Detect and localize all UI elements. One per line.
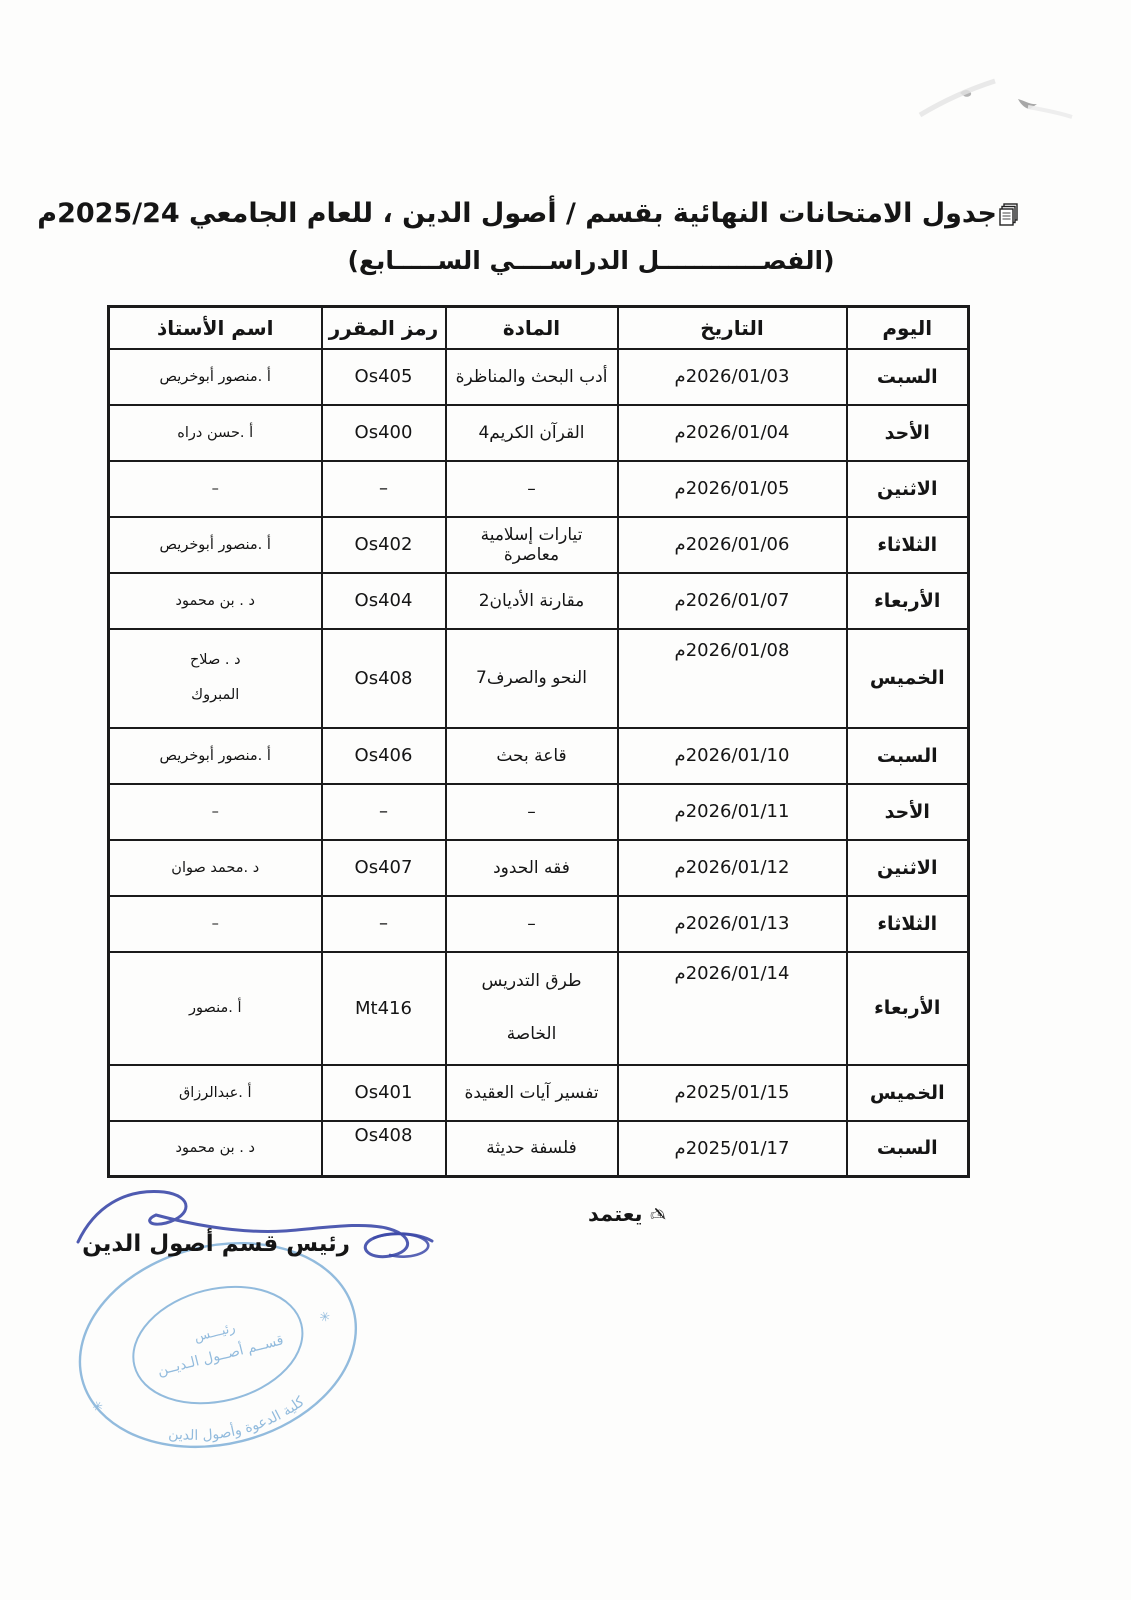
- teacher-cell: أ .عبدالرزاق: [109, 1065, 322, 1121]
- date-cell: 2026/01/12م: [618, 840, 847, 896]
- table-row: الاثنين 2026/01/05م – – –: [109, 461, 969, 517]
- subject-cell: –: [446, 461, 618, 517]
- day-cell: السبت: [847, 728, 969, 784]
- day-cell: الاثنين: [847, 461, 969, 517]
- subject-cell: تفسير آيات العقيدة: [446, 1065, 618, 1121]
- teacher-cell: أ .منصور أبوخريص: [109, 517, 322, 573]
- code-cell: Os406: [322, 728, 446, 784]
- code-cell: Os404: [322, 573, 446, 629]
- page-title-text: جدول الامتحانات النهائية بقسم / أصول الد…: [37, 198, 997, 229]
- subject-cell: –: [446, 784, 618, 840]
- date-cell: 2026/01/07م: [618, 573, 847, 629]
- table-row: الأربعاء 2026/01/14م طرق التدريس الخاصة …: [109, 952, 969, 1065]
- subject-cell: أدب البحث والمناظرة: [446, 349, 618, 405]
- table-row: الاثنين 2026/01/12م فقه الحدود Os407 د .…: [109, 840, 969, 896]
- day-cell: الأربعاء: [847, 952, 969, 1065]
- table-row: السبت 2026/01/03م أدب البحث والمناظرة Os…: [109, 349, 969, 405]
- approve-label: يعتمد: [588, 1202, 643, 1226]
- day-cell: السبت: [847, 349, 969, 405]
- subject-cell: طرق التدريس الخاصة: [446, 952, 618, 1065]
- title-block: جدول الامتحانات النهائية بقسم / أصول الد…: [161, 198, 1021, 275]
- teacher-cell: أ .منصور أبوخريص: [109, 728, 322, 784]
- header-date: التاريخ: [618, 307, 847, 349]
- teacher-cell: –: [109, 896, 322, 952]
- table-row: الثلاثاء 2026/01/06م تيارات إسلامية معاص…: [109, 517, 969, 573]
- date-cell: 2026/01/05م: [618, 461, 847, 517]
- date-cell: 2026/01/08م: [618, 629, 847, 728]
- document-stack-icon: [999, 202, 1021, 233]
- code-cell: –: [322, 784, 446, 840]
- header-row: اليوم التاريخ المادة رمز المقرر اسم الأس…: [109, 307, 969, 349]
- table-row: الأحد 2026/01/04م القرآن الكريم4 Os400 أ…: [109, 405, 969, 461]
- day-cell: الثلاثاء: [847, 896, 969, 952]
- stamp-star-left: ✳: [91, 1399, 105, 1416]
- header-day: اليوم: [847, 307, 969, 349]
- date-cell: 2025/01/17م: [618, 1121, 847, 1177]
- code-cell: Os400: [322, 405, 446, 461]
- subject-cell: فقه الحدود: [446, 840, 618, 896]
- code-cell: Os401: [322, 1065, 446, 1121]
- date-cell: 2026/01/06م: [618, 517, 847, 573]
- table-row: الثلاثاء 2026/01/13م – – –: [109, 896, 969, 952]
- signature: [72, 1178, 452, 1278]
- subject-cell: تيارات إسلامية معاصرة: [446, 517, 618, 573]
- teacher-cell: د . بن محمود: [109, 1121, 322, 1177]
- header-subject: المادة: [446, 307, 618, 349]
- table-row: الأربعاء 2026/01/07م مقارنة الأديان2 Os4…: [109, 573, 969, 629]
- approval-line: ✍ يعتمد: [588, 1202, 718, 1226]
- date-cell: 2026/01/10م: [618, 728, 847, 784]
- code-cell: –: [322, 461, 446, 517]
- writing-hand-icon: ✍: [650, 1204, 666, 1226]
- code-cell: Os407: [322, 840, 446, 896]
- scanned-document-page: جدول الامتحانات النهائية بقسم / أصول الد…: [0, 0, 1131, 1600]
- header-code: رمز المقرر: [322, 307, 446, 349]
- table-row: الأحد 2026/01/11م – – –: [109, 784, 969, 840]
- day-cell: الأحد: [847, 405, 969, 461]
- date-cell: 2026/01/11م: [618, 784, 847, 840]
- date-cell: 2026/01/03م: [618, 349, 847, 405]
- teacher-cell: أ .منصور: [109, 952, 322, 1065]
- stamp-outer-top-text: الجامعة الأسمرية الإسلامية: [34, 1257, 35, 1312]
- day-cell: الأحد: [847, 784, 969, 840]
- table-row: السبت 2026/01/10م قاعة بحث Os406 أ .منصو…: [109, 728, 969, 784]
- day-cell: الاثنين: [847, 840, 969, 896]
- header-teacher: اسم الأستاذ: [109, 307, 322, 349]
- date-cell: 2026/01/13م: [618, 896, 847, 952]
- subject-cell: –: [446, 896, 618, 952]
- table-row: الخميس 2025/01/15م تفسير آيات العقيدة Os…: [109, 1065, 969, 1121]
- exam-table-body: السبت 2026/01/03م أدب البحث والمناظرة Os…: [109, 349, 969, 1177]
- exam-schedule-table: اليوم التاريخ المادة رمز المقرر اسم الأس…: [107, 305, 970, 1178]
- code-cell: Mt416: [322, 952, 446, 1065]
- teacher-cell: أ .منصور أبوخريص: [109, 349, 322, 405]
- stamp-inner-line1: رئيـــس: [193, 1321, 237, 1346]
- code-cell: Os408: [322, 629, 446, 728]
- day-cell: السبت: [847, 1121, 969, 1177]
- stamp-star-right: ✳: [318, 1309, 332, 1326]
- day-cell: الخميس: [847, 629, 969, 728]
- date-cell: 2026/01/14م: [618, 952, 847, 1065]
- pencil-mark: [900, 55, 1080, 125]
- table-row: الخميس 2026/01/08م النحو والصرف7 Os408 د…: [109, 629, 969, 728]
- table-row: السبت 2025/01/17م فلسفة حديثة Os408 د . …: [109, 1121, 969, 1177]
- date-cell: 2025/01/15م: [618, 1065, 847, 1121]
- approver-title: رئيس قسم أصول الدين: [110, 1231, 350, 1257]
- subject-cell: مقارنة الأديان2: [446, 573, 618, 629]
- day-cell: الخميس: [847, 1065, 969, 1121]
- day-cell: الأربعاء: [847, 573, 969, 629]
- subject-cell: قاعة بحث: [446, 728, 618, 784]
- code-cell: –: [322, 896, 446, 952]
- teacher-cell: –: [109, 784, 322, 840]
- date-cell: 2026/01/04م: [618, 405, 847, 461]
- teacher-cell: –: [109, 461, 322, 517]
- teacher-cell: د . بن محمود: [109, 573, 322, 629]
- day-cell: الثلاثاء: [847, 517, 969, 573]
- code-cell: Os408: [322, 1121, 446, 1177]
- code-cell: Os402: [322, 517, 446, 573]
- subject-cell: النحو والصرف7: [446, 629, 618, 728]
- teacher-cell: د . صلاح المبروك: [109, 629, 322, 728]
- teacher-cell: د .محمد صوان: [109, 840, 322, 896]
- teacher-cell: أ .حسن دراه: [109, 405, 322, 461]
- code-cell: Os405: [322, 349, 446, 405]
- table-header: اليوم التاريخ المادة رمز المقرر اسم الأس…: [109, 307, 969, 349]
- page-subtitle: (الفصــــــــــــل الدراســــي الســـــا…: [161, 246, 1021, 275]
- page-title: جدول الامتحانات النهائية بقسم / أصول الد…: [161, 198, 1021, 233]
- subject-cell: القرآن الكريم4: [446, 405, 618, 461]
- subject-cell: فلسفة حديثة: [446, 1121, 618, 1177]
